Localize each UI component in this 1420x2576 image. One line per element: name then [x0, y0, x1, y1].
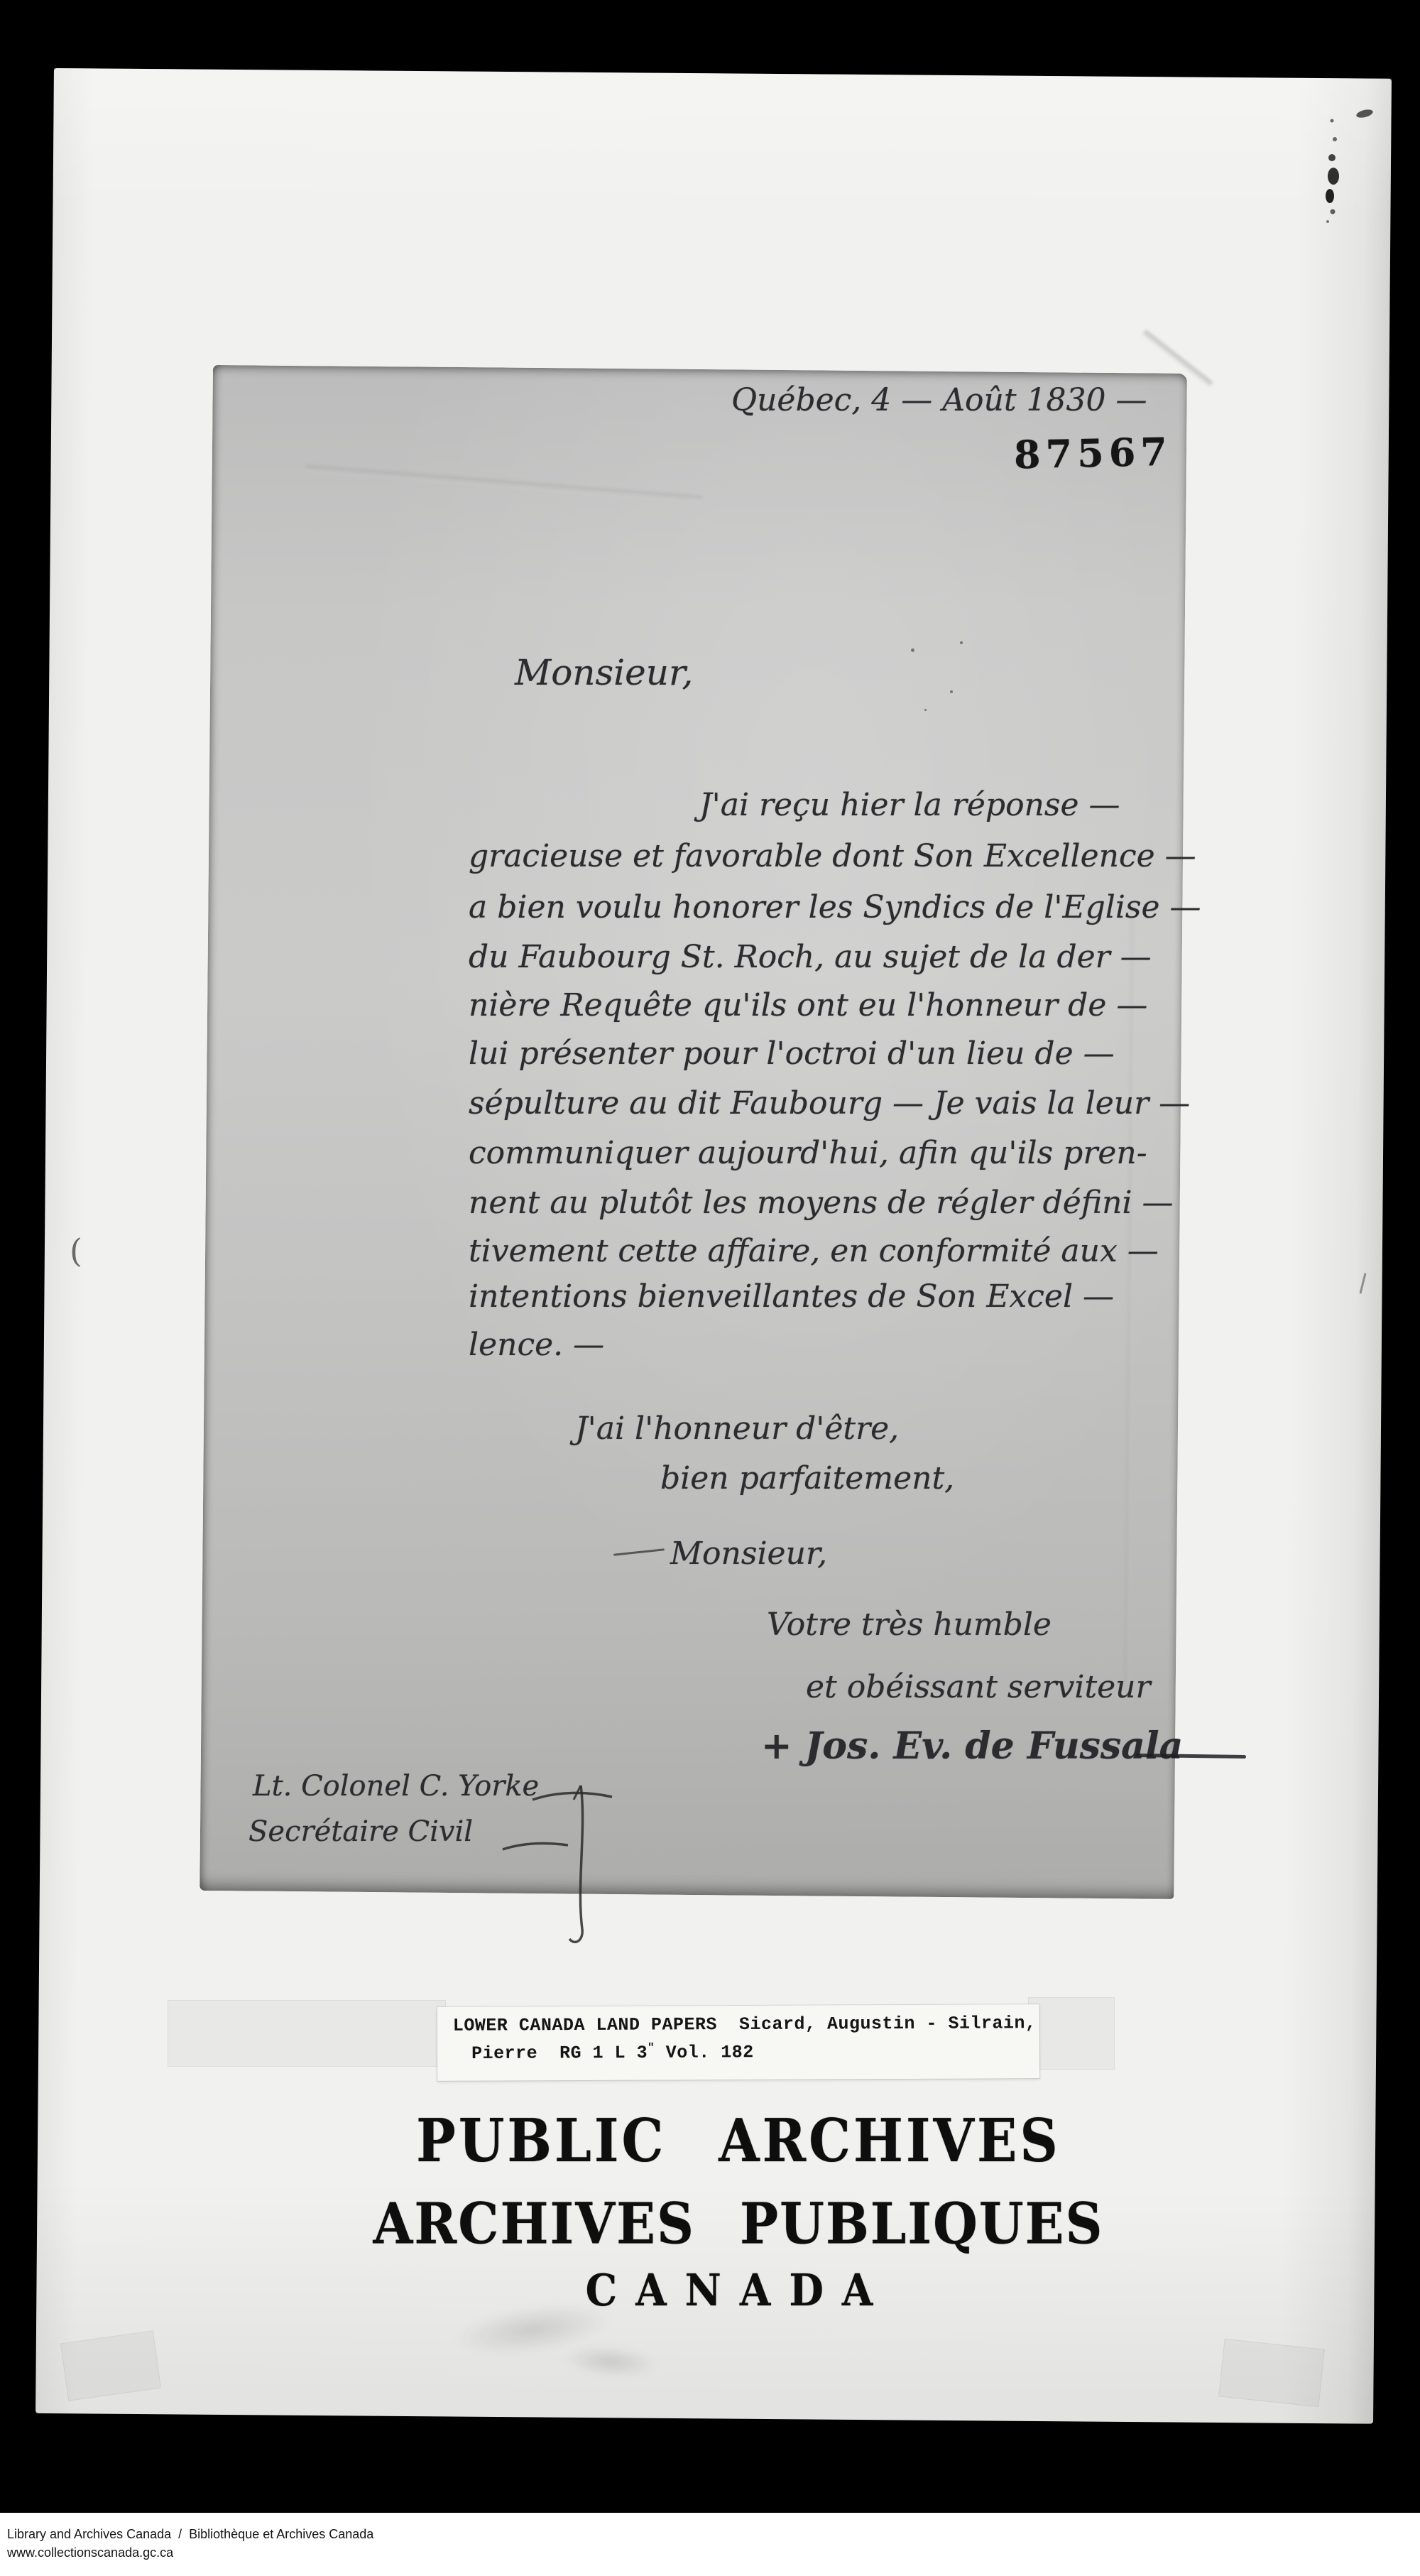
tape-mark	[168, 2000, 446, 2067]
letter-line: J'ai reçu hier la réponse —	[699, 787, 1120, 823]
letter-closing-line: bien parfaitement,	[660, 1460, 954, 1496]
addressee-bracket	[490, 1760, 632, 1952]
ink-speck	[960, 641, 963, 644]
archive-number-stamp: 87567	[1013, 429, 1172, 478]
catalog-label-text: Vol. 182	[655, 2042, 754, 2063]
stray-ink-mark: (	[70, 1232, 82, 1270]
letter-line: a bien voulu honorer les Syndics de l'Eg…	[469, 889, 1201, 925]
catalog-label: LOWER CANADA LAND PAPERS Sicard, Augusti…	[437, 2004, 1039, 2081]
catalog-label-text: Pierre RG 1 L 3	[471, 2043, 648, 2064]
archives-stamp-line-canada: CANADA	[213, 2265, 1264, 2317]
addressee-title: Secrétaire Civil	[248, 1815, 473, 1848]
letter-line: nent au plutôt les moyens de régler défi…	[469, 1185, 1174, 1221]
letter-line: lence. —	[469, 1327, 604, 1363]
signature: + Jos. Ev. de Fussala	[761, 1724, 1183, 1768]
archival-scan: Québec, 4 — Août 1830 — 87567 Monsieur, …	[0, 0, 1420, 2576]
ink-speck	[911, 648, 914, 652]
letter-line: communiquer aujourd'hui, afin qu'ils pre…	[469, 1135, 1147, 1171]
letter-line: intentions bienveillantes de Son Excel —	[469, 1278, 1114, 1315]
catalog-label-line: Pierre RG 1 L 3″ Vol. 182	[471, 2041, 754, 2064]
footer-credit: Library and Archives Canada / Bibliothèq…	[7, 2527, 373, 2542]
tape-mark	[1218, 2339, 1325, 2407]
footer: Library and Archives Canada / Bibliothèq…	[0, 2513, 1420, 2576]
letter-line: du Faubourg St. Roch, au sujet de la der…	[469, 939, 1152, 975]
letter-salutation: Monsieur,	[515, 652, 693, 693]
archives-stamp-line-en: PUBLIC ARCHIVES	[213, 2107, 1264, 2175]
ink-speck	[924, 709, 927, 711]
letter-line: tivement cette affaire, en conformité au…	[469, 1233, 1159, 1269]
archives-stamp-line-fr: ARCHIVES PUBLIQUES	[213, 2190, 1264, 2257]
ink-speck	[950, 690, 953, 693]
letter-dateline: Québec, 4 — Août 1830 —	[731, 382, 1147, 418]
letter-closing-line: Votre très humble	[767, 1607, 1052, 1643]
letter-line: sépulture au dit Faubourg — Je vais la l…	[469, 1085, 1190, 1121]
letter-closing-line: et obéissant serviteur	[806, 1669, 1151, 1705]
letter-closing-line: J'ai l'honneur d'être,	[575, 1411, 899, 1447]
ink-blot	[1306, 92, 1384, 227]
letter-line: nière Requête qu'ils ont eu l'honneur de…	[469, 987, 1147, 1023]
catalog-label-superscript: ″	[648, 2042, 655, 2055]
letter-line: lui présenter pour l'octroi d'un lieu de…	[469, 1036, 1115, 1072]
letter-closing-line: Monsieur,	[670, 1536, 827, 1572]
footer-url: www.collectionscanada.gc.ca	[7, 2545, 173, 2560]
letter-line: gracieuse et favorable dont Son Excellen…	[469, 838, 1196, 874]
tape-mark	[1028, 1997, 1115, 2070]
catalog-label-line: LOWER CANADA LAND PAPERS Sicard, Augusti…	[453, 2013, 1037, 2036]
